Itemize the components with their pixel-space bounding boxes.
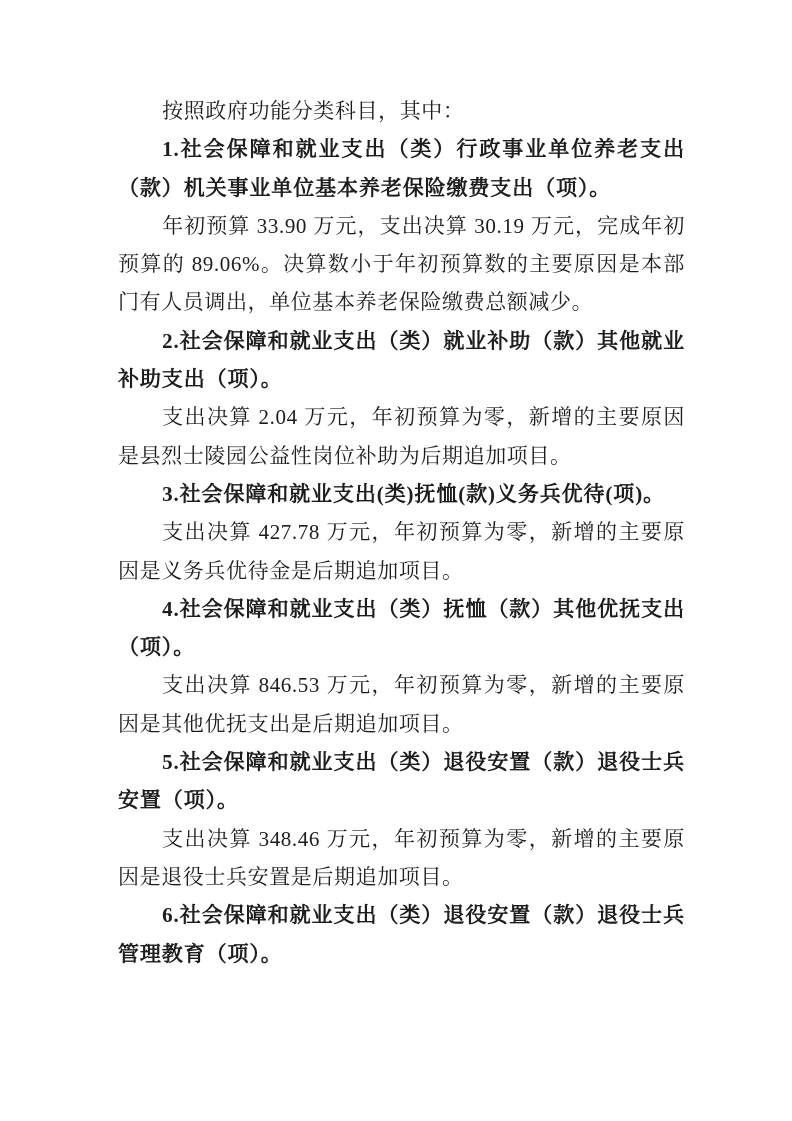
section-4-body: 支出决算 846.53 万元，年初预算为零，新增的主要原因是其他优抚支出是后期追… <box>118 666 685 743</box>
section-2-heading: 2.社会保障和就业支出（类）就业补助（款）其他就业补助支出（项）。 <box>118 322 685 399</box>
intro-paragraph: 按照政府功能分类科目，其中： <box>118 92 685 130</box>
section-3-heading: 3.社会保障和就业支出(类)抚恤(款)义务兵优待(项)。 <box>118 475 685 513</box>
section-3-body: 支出决算 427.78 万元，年初预算为零，新增的主要原因是义务兵优待金是后期追… <box>118 513 685 590</box>
section-4-heading: 4.社会保障和就业支出（类）抚恤（款）其他优抚支出（项）。 <box>118 590 685 667</box>
section-5-heading: 5.社会保障和就业支出（类）退役安置（款）退役士兵安置（项）。 <box>118 743 685 820</box>
section-1-heading: 1.社会保障和就业支出（类）行政事业单位养老支出（款）机关事业单位基本养老保险缴… <box>118 130 685 207</box>
section-2-body: 支出决算 2.04 万元，年初预算为零，新增的主要原因是县烈士陵园公益性岗位补助… <box>118 398 685 475</box>
section-5-body: 支出决算 348.46 万元，年初预算为零，新增的主要原因是退役士兵安置是后期追… <box>118 820 685 897</box>
document-page: 按照政府功能分类科目，其中： 1.社会保障和就业支出（类）行政事业单位养老支出（… <box>0 0 792 1121</box>
section-1-body: 年初预算 33.90 万元，支出决算 30.19 万元，完成年初预算的 89.0… <box>118 207 685 322</box>
document-body: 按照政府功能分类科目，其中： 1.社会保障和就业支出（类）行政事业单位养老支出（… <box>118 92 685 973</box>
section-6-heading: 6.社会保障和就业支出（类）退役安置（款）退役士兵管理教育（项）。 <box>118 896 685 973</box>
